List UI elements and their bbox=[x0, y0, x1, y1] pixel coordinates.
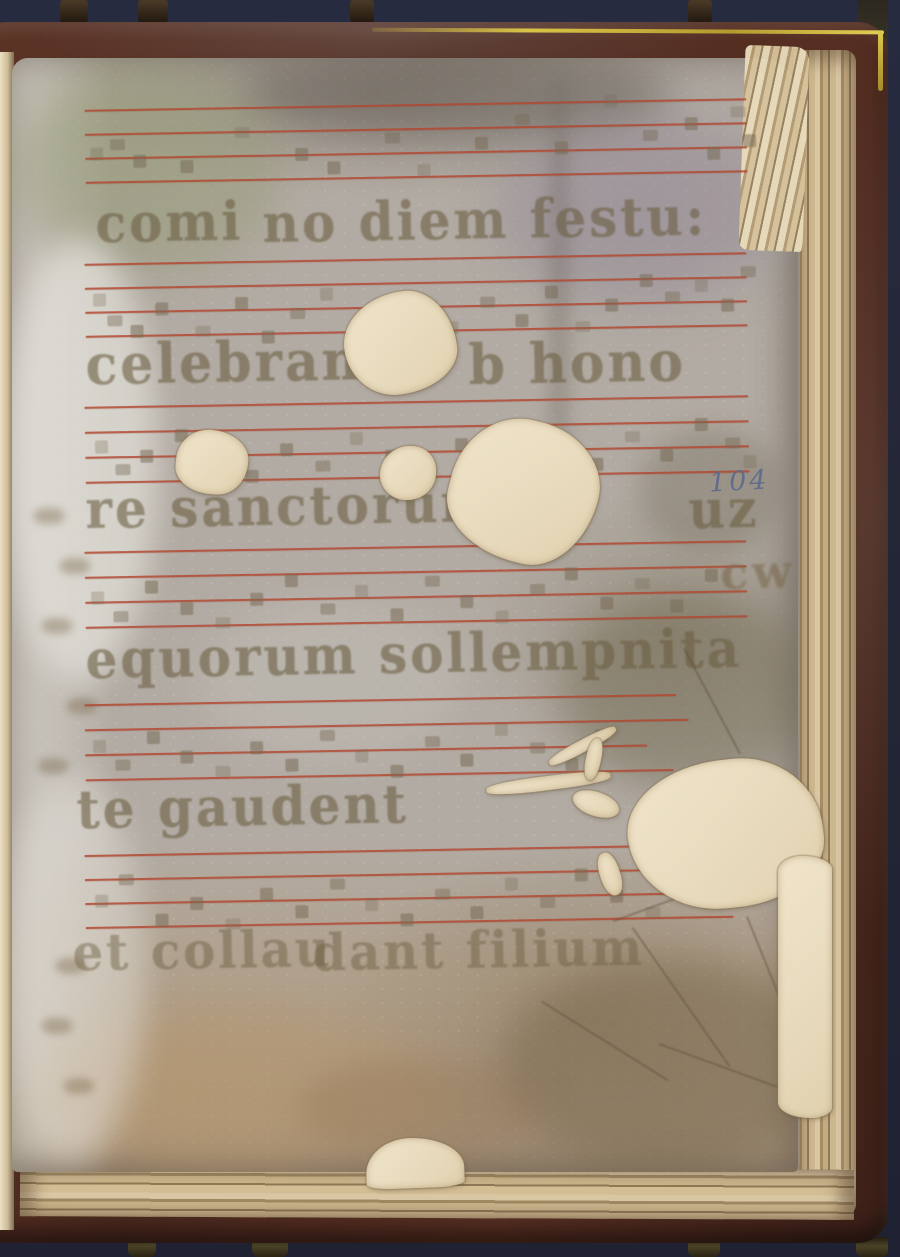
stain-dark-bottomright bbox=[500, 958, 800, 1172]
neume bbox=[119, 874, 134, 885]
neume bbox=[565, 567, 578, 580]
neume bbox=[730, 106, 745, 117]
neume bbox=[93, 740, 106, 753]
neume bbox=[604, 94, 617, 107]
neume bbox=[93, 293, 106, 306]
neume bbox=[260, 888, 273, 901]
neume bbox=[315, 461, 330, 472]
neume bbox=[540, 897, 555, 908]
parchment-hole bbox=[380, 446, 436, 500]
neume bbox=[600, 597, 613, 610]
neume bbox=[505, 877, 518, 890]
neume bbox=[330, 878, 345, 889]
neume bbox=[155, 302, 168, 315]
neume bbox=[147, 731, 160, 744]
neume bbox=[725, 437, 740, 448]
neume bbox=[180, 602, 193, 615]
neume bbox=[425, 576, 440, 587]
chant-text: comi bbox=[95, 189, 244, 254]
neume bbox=[320, 287, 333, 300]
neume bbox=[280, 443, 293, 456]
neume bbox=[355, 585, 368, 598]
chant-text: et collau bbox=[72, 919, 333, 983]
neume bbox=[515, 314, 528, 327]
neume bbox=[235, 297, 248, 310]
neume bbox=[495, 723, 508, 736]
neume bbox=[365, 898, 378, 911]
music-stave bbox=[84, 98, 747, 186]
chant-text: equorum sollempnita bbox=[85, 617, 742, 691]
neume bbox=[290, 308, 305, 319]
corner-page-stack bbox=[738, 45, 809, 252]
neume bbox=[575, 868, 588, 881]
scene: comino diem festu:celebranteb honore san… bbox=[0, 0, 900, 1257]
neume bbox=[295, 148, 308, 161]
neume bbox=[95, 440, 108, 453]
neume bbox=[350, 432, 363, 445]
neume bbox=[460, 753, 473, 766]
neume bbox=[320, 730, 335, 741]
neume bbox=[235, 127, 250, 138]
neume bbox=[665, 291, 680, 302]
neume bbox=[555, 141, 568, 154]
neume bbox=[385, 132, 400, 143]
neume bbox=[110, 139, 125, 150]
neume bbox=[515, 114, 530, 125]
ghost-ink-offset bbox=[42, 1018, 72, 1034]
staff-line bbox=[85, 892, 687, 905]
neume bbox=[390, 608, 403, 621]
neume bbox=[327, 161, 340, 174]
neume bbox=[190, 897, 203, 910]
neume bbox=[355, 749, 368, 762]
parchment-hole bbox=[778, 856, 832, 1118]
neume bbox=[133, 155, 146, 168]
chant-text: no diem festu: bbox=[262, 184, 708, 254]
neume bbox=[475, 137, 488, 150]
neume bbox=[530, 584, 545, 595]
neume bbox=[115, 464, 130, 475]
neume bbox=[470, 906, 483, 919]
neume bbox=[145, 581, 158, 594]
neume bbox=[435, 889, 450, 900]
neume bbox=[640, 274, 653, 287]
neume bbox=[285, 759, 298, 772]
gold-trim-corner bbox=[878, 31, 883, 91]
chant-text: te gaudent bbox=[76, 772, 409, 840]
ghost-ink-offset bbox=[42, 618, 72, 634]
ghost-ink-offset bbox=[64, 1078, 94, 1094]
staff-line bbox=[85, 146, 747, 160]
ghost-ink-offset bbox=[34, 508, 64, 524]
neume bbox=[743, 134, 756, 147]
neume bbox=[91, 591, 104, 604]
neume bbox=[480, 297, 495, 308]
old-foliation-mark: cw bbox=[719, 544, 796, 601]
neume bbox=[285, 574, 298, 587]
neume bbox=[695, 279, 708, 292]
neume bbox=[635, 578, 650, 589]
neume bbox=[320, 603, 335, 614]
neume bbox=[250, 741, 263, 754]
neume bbox=[670, 599, 683, 612]
chant-text: dant filium bbox=[312, 918, 645, 983]
chant-text: b hono bbox=[468, 329, 687, 397]
neume bbox=[741, 266, 756, 277]
chant-text: re sanctorum bbox=[85, 471, 497, 541]
modern-foliation-number: 104 bbox=[708, 464, 770, 498]
neume bbox=[695, 418, 708, 431]
neume bbox=[460, 595, 473, 608]
neume bbox=[90, 147, 103, 160]
neume bbox=[660, 449, 673, 462]
neume bbox=[545, 286, 558, 299]
neume bbox=[113, 611, 128, 622]
neume bbox=[140, 450, 153, 463]
neume bbox=[95, 895, 108, 908]
neume bbox=[721, 298, 734, 311]
neume bbox=[705, 569, 718, 582]
neume bbox=[707, 147, 720, 160]
neume bbox=[180, 750, 193, 763]
neume bbox=[643, 130, 658, 141]
neume bbox=[605, 298, 618, 311]
neume bbox=[530, 742, 545, 753]
neume bbox=[625, 431, 640, 442]
neume bbox=[417, 164, 430, 177]
neume bbox=[115, 759, 130, 770]
neume bbox=[295, 905, 308, 918]
neume bbox=[685, 117, 698, 130]
neume bbox=[250, 593, 263, 606]
ghost-ink-offset bbox=[38, 758, 68, 774]
neume bbox=[425, 736, 440, 747]
neume bbox=[107, 315, 122, 326]
neume bbox=[180, 160, 193, 173]
